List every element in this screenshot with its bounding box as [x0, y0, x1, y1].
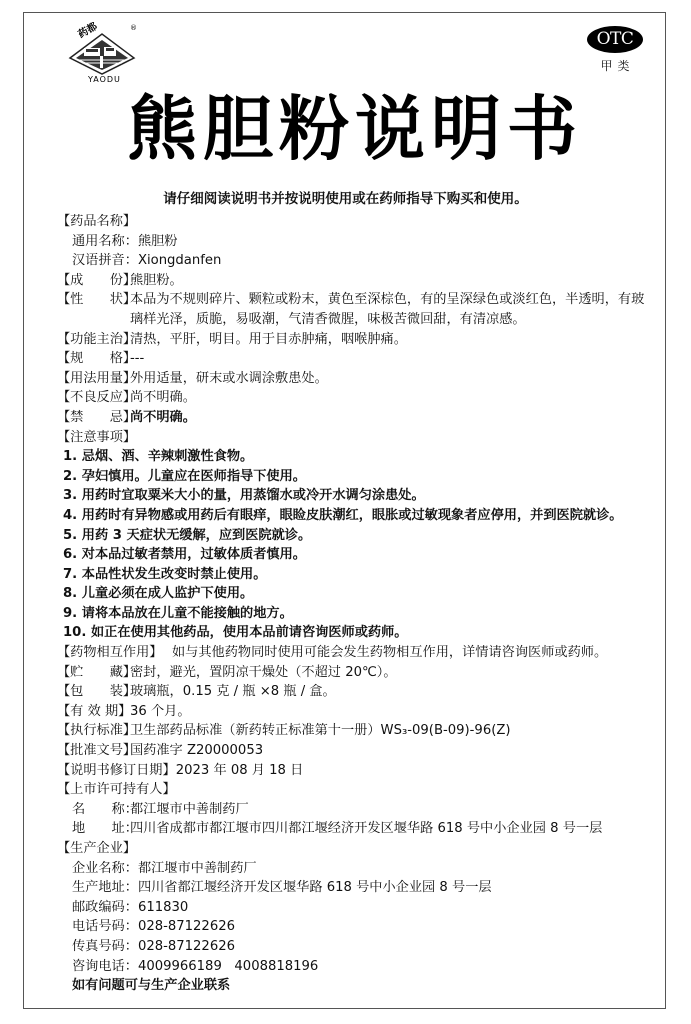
list-item: 10. 如正在使用其他药品，使用本品前请咨询医师或药师。: [57, 623, 647, 643]
otc-badge: OTC: [587, 26, 643, 53]
section-specification: 【规 格】---: [57, 349, 647, 369]
otc-class: 甲类: [582, 57, 648, 74]
list-item: 8. 儿童必须在成人监护下使用。: [57, 584, 647, 604]
section-revision-date: 【说明书修订日期】2023 年 08 月 18 日: [57, 761, 647, 781]
common-name: 熊胆粉: [138, 232, 178, 252]
list-item: 3. 用药时宜取粟米大小的量，用蒸馏水或冷开水调匀涂患处。: [57, 486, 647, 506]
list-item: 1. 忌烟、酒、辛辣刺激性食物。: [57, 447, 647, 467]
section-drug-name: 【药品名称】 通用名称：熊胆粉 汉语拼音：Xiongdanfen: [57, 212, 647, 271]
field-label: 汉语拼音：: [72, 251, 138, 271]
section-contraindications: 【禁 忌】尚不明确。: [57, 408, 647, 428]
section-ingredients: 【成 份】熊胆粉。: [57, 271, 647, 291]
list-item: 2. 孕妇慎用。儿童应在医师指导下使用。: [57, 467, 647, 487]
list-item: 4. 用药时有异物感或用药后有眼痒，眼睑皮肤潮红，眼胀或过敏现象者应停用，并到医…: [57, 506, 647, 526]
section-label: 【生产企业】: [57, 839, 647, 859]
mah-address: 四川省成都市都江堰市四川都江堰经济开发区堰华路 618 号中小企业园 8 号一层: [130, 819, 602, 839]
section-label: 【上市许可持有人】: [57, 780, 647, 800]
usage-advice: 请仔细阅读说明书并按说明使用或在药师指导下购买和使用。: [0, 187, 691, 207]
mah-name: 都江堰市中善制药厂: [130, 800, 249, 820]
section-validity: 【有 效 期】36 个月。: [57, 702, 647, 722]
contact-note: 如有问题可与生产企业联系: [57, 976, 647, 996]
leaflet-content: 【药品名称】 通用名称：熊胆粉 汉语拼音：Xiongdanfen 【成 份】熊胆…: [57, 212, 647, 996]
list-item: 9. 请将本品放在儿童不能接触的地方。: [57, 604, 647, 624]
section-storage: 【贮 藏】密封，避光，置阴凉干燥处（不超过 20℃）。: [57, 663, 647, 683]
document-title: 熊胆粉说明书: [85, 84, 625, 174]
section-package: 【包 装】玻璃瓶，0.15 克 / 瓶 ×8 瓶 / 盒。: [57, 682, 647, 702]
section-label: 【注意事项】: [57, 428, 647, 448]
field-row: 传真号码：028-87122626: [57, 937, 647, 957]
section-dosage: 【用法用量】外用适量，研末或水调涂敷患处。: [57, 369, 647, 389]
section-indications: 【功能主治】清热，平肝，明目。用于目赤肿痛，咽喉肿痛。: [57, 330, 647, 350]
section-adverse-reactions: 【不良反应】尚不明确。: [57, 388, 647, 408]
section-manufacturer: 【生产企业】 企业名称：都江堰市中善制药厂 生产地址：四川省都江堰经济开发区堰华…: [57, 839, 647, 996]
section-precautions: 【注意事项】 1. 忌烟、酒、辛辣刺激性食物。 2. 孕妇慎用。儿童应在医师指导…: [57, 428, 647, 644]
field-row: 企业名称：都江堰市中善制药厂: [57, 859, 647, 879]
list-item: 5. 用药 3 天症状无缓解，应到医院就诊。: [57, 526, 647, 546]
pinyin-name: Xiongdanfen: [138, 251, 221, 271]
svg-text:®: ®: [130, 24, 137, 32]
field-row: 生产地址：四川省都江堰经济开发区堰华路 618 号中小企业园 8 号一层: [57, 878, 647, 898]
section-standard: 【执行标准】卫生部药品标准（新药转正标准第十一册）WS₃-09(B-09)-96…: [57, 721, 647, 741]
field-row: 电话号码：028-87122626: [57, 917, 647, 937]
yaodu-logo: 药都 ® YAODU: [62, 22, 142, 84]
field-row: 咨询电话：4009966189 4008818196: [57, 957, 647, 977]
list-item: 6. 对本品过敏者禁用，过敏体质者慎用。: [57, 545, 647, 565]
section-mah: 【上市许可持有人】 名 称：都江堰市中善制药厂 地 址：四川省成都市都江堰市四川…: [57, 780, 647, 839]
section-approval: 【批准文号】国药准字 Z20000053: [57, 741, 647, 761]
field-row: 邮政编码：611830: [57, 898, 647, 918]
otc-marker: OTC 甲类: [582, 26, 648, 74]
section-label: 【药品名称】: [57, 212, 647, 232]
list-item: 7. 本品性状发生改变时禁止使用。: [57, 565, 647, 585]
section-interactions: 【药物相互作用】如与其他药物同时使用可能会发生药物相互作用，详情请咨询医师或药师…: [57, 643, 647, 663]
svg-text:YAODU: YAODU: [87, 75, 121, 84]
section-properties: 【性 状】本品为不规则碎片、颗粒或粉末，黄色至深棕色，有的呈深绿色或淡红色，半透…: [57, 290, 647, 329]
field-label: 通用名称：: [72, 232, 138, 252]
